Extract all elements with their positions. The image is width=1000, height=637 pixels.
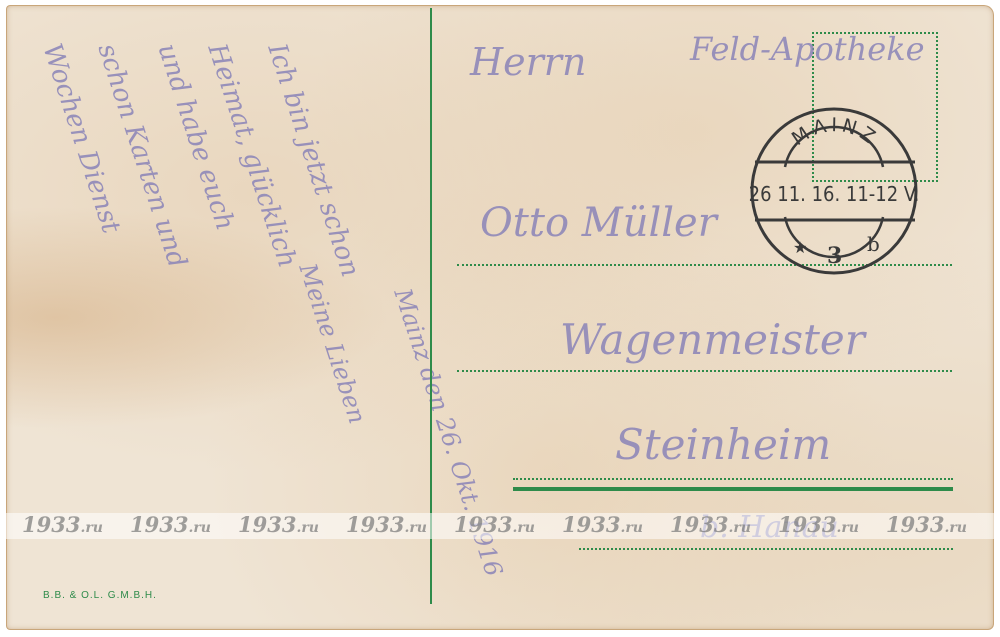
address-salutation: Herrn <box>470 40 586 84</box>
watermark-text: 1933.ru <box>238 512 319 537</box>
watermark-text: 1933.ru <box>670 512 751 537</box>
address-line2: Wagenmeister <box>560 315 865 364</box>
address-name: Otto Müller <box>480 200 717 246</box>
address-city: Steinheim <box>615 420 831 469</box>
watermark-text: 1933.ru <box>778 512 859 537</box>
watermark-text: 1933.ru <box>886 512 967 537</box>
publisher-imprint: B.B. & O.L. G.M.B.H. <box>43 590 157 601</box>
address-underline-bold <box>513 487 953 491</box>
svg-text:b: b <box>867 232 880 256</box>
watermark-text: 1933.ru <box>346 512 427 537</box>
svg-text:MAINZ: MAINZ <box>788 114 883 150</box>
postmark-mainz: MAINZ 26 11. 16. 11-12 V. ★ 3 b <box>745 105 923 277</box>
watermark-text: 1933.ru <box>22 512 103 537</box>
address-line-4 <box>579 548 953 550</box>
watermark-text: 1933.ru <box>562 512 643 537</box>
address-line-3 <box>513 478 953 480</box>
watermark-text: 1933.ru <box>454 512 535 537</box>
watermark-text: 1933.ru <box>130 512 211 537</box>
svg-text:26 11. 16. 11-12 V.: 26 11. 16. 11-12 V. <box>749 182 920 206</box>
address-rank: Feld-Apotheke <box>690 30 925 68</box>
address-line-2 <box>457 370 952 372</box>
svg-text:★: ★ <box>793 238 807 257</box>
svg-text:3: 3 <box>827 243 842 269</box>
